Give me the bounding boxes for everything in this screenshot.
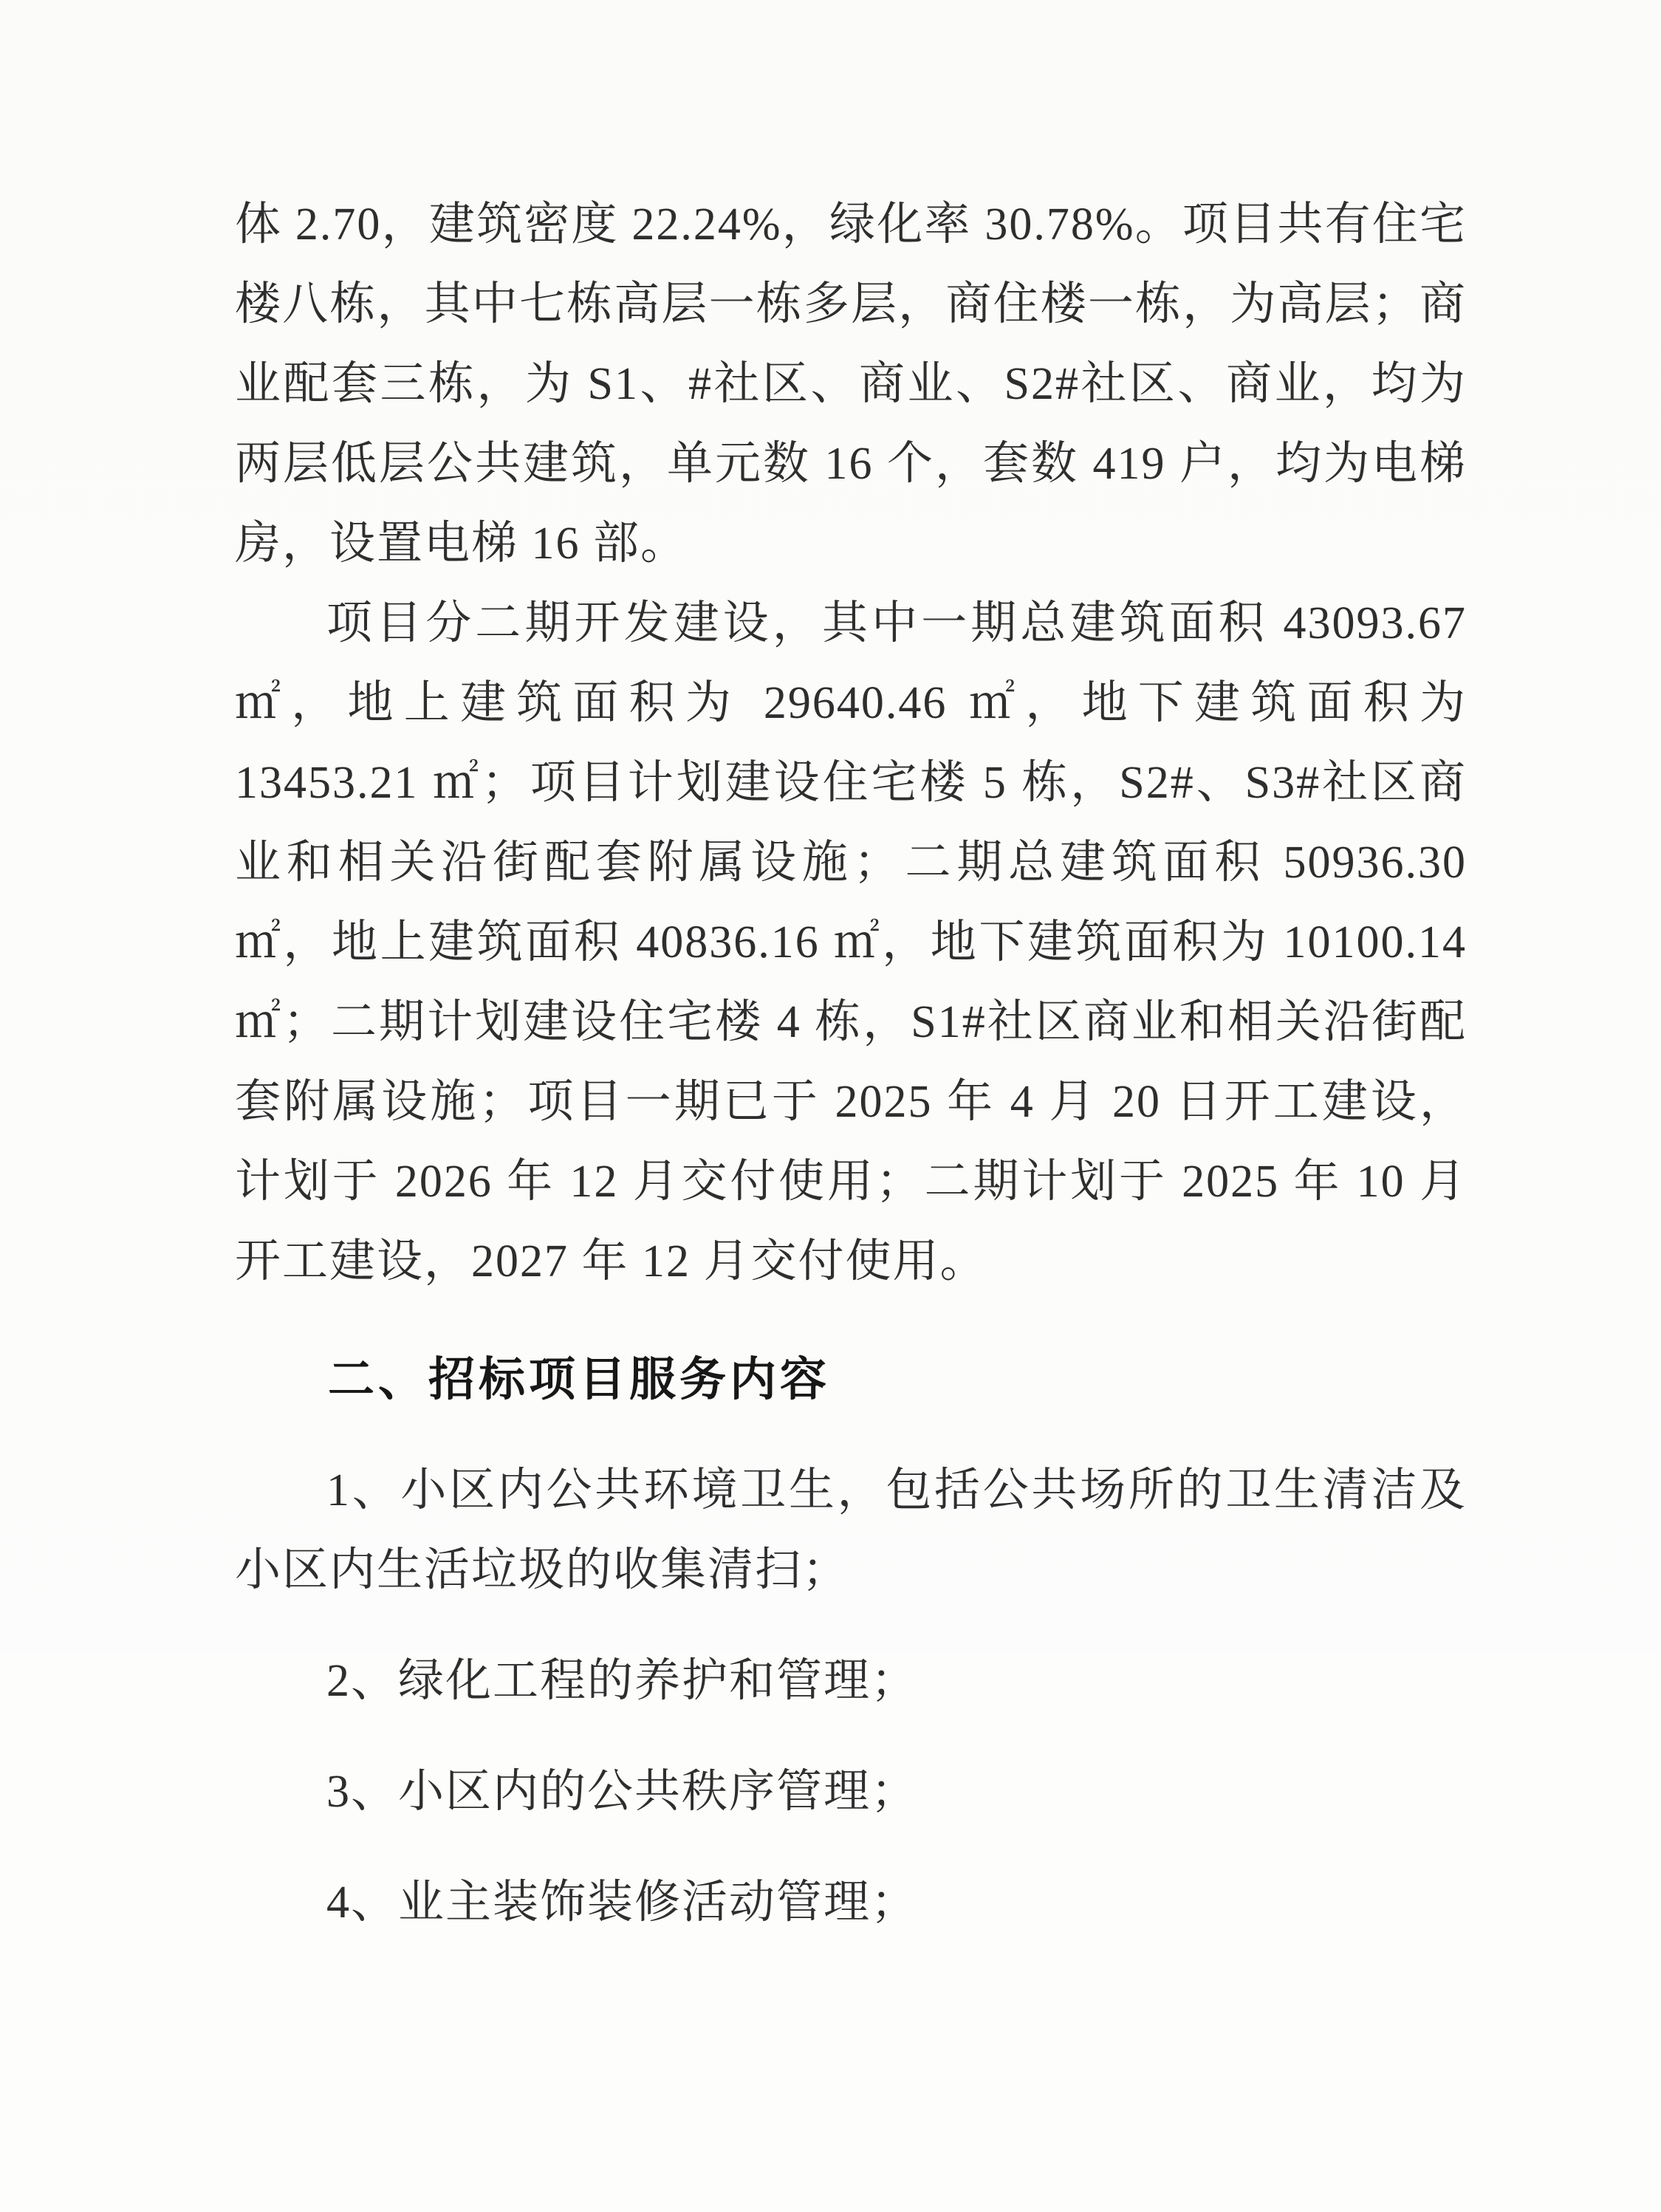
service-item-1: 1、小区内公共环境卫生，包括公共场所的卫生清洁及小区内生活垃圾的收集清扫； <box>235 1451 1467 1610</box>
service-item-3: 3、小区内的公共秩序管理； <box>235 1752 1467 1832</box>
service-item-2: 2、绿化工程的养护和管理； <box>235 1641 1467 1721</box>
scanned-document-page: 体 2.70，建筑密度 22.24%，绿化率 30.78%。项目共有住宅楼八栋，… <box>0 0 1661 2212</box>
body-paragraph-project-phases: 项目分二期开发建设，其中一期总建筑面积 43093.67 ㎡，地上建筑面积为 2… <box>235 583 1467 1301</box>
service-item-4: 4、业主装饰装修活动管理； <box>235 1863 1467 1942</box>
section-heading-service-content: 二、招标项目服务内容 <box>235 1340 1467 1420</box>
page-content: 体 2.70，建筑密度 22.24%，绿化率 30.78%。项目共有住宅楼八栋，… <box>235 185 1467 1942</box>
body-paragraph-continuation: 体 2.70，建筑密度 22.24%，绿化率 30.78%。项目共有住宅楼八栋，… <box>235 185 1467 583</box>
